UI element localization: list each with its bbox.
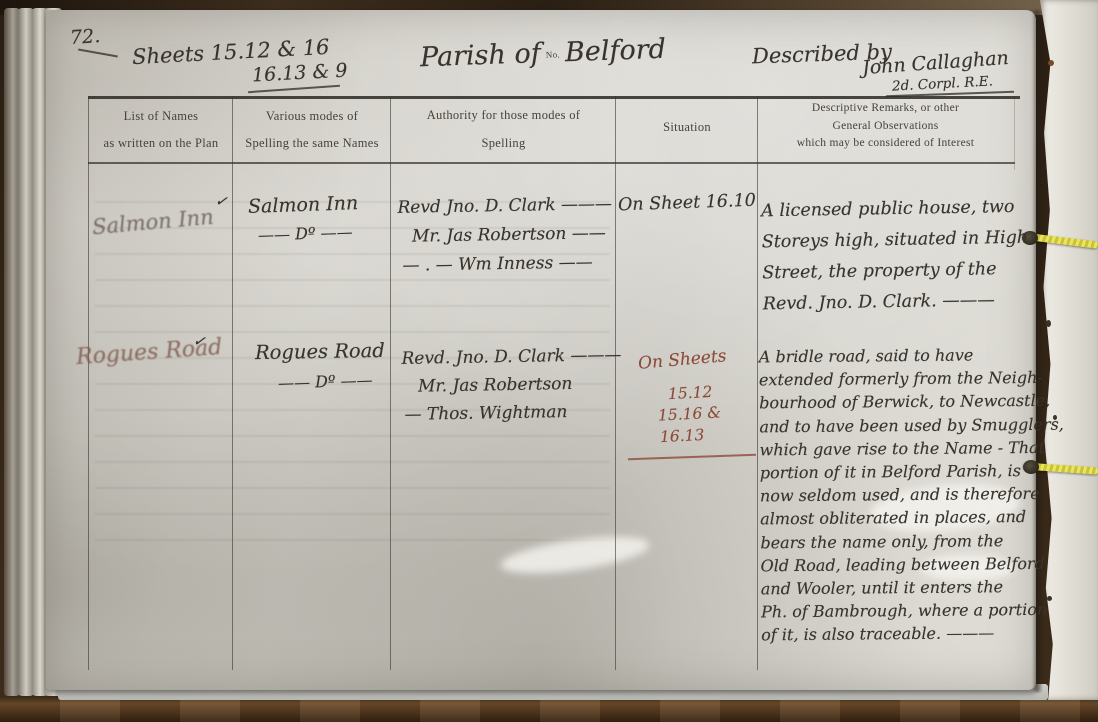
authority-line: Mr. Jas Robertson <box>402 369 622 401</box>
header-bottom-rule <box>88 162 1015 164</box>
authority-line: Revd. Jno. D. Clark ——— <box>401 341 621 373</box>
header-line: Descriptive Remarks, or other <box>759 100 1012 118</box>
authority-entry: Revd. Jno. D. Clark ——— Mr. Jas Robertso… <box>401 341 622 429</box>
remarks-line: Old Road, leading between Belford <box>761 551 1066 577</box>
remarks-line: now seldom used, and is therefore <box>760 482 1065 508</box>
header-line: Spelling the same Names <box>234 130 390 157</box>
column-header-names: List of Names as written on the Plan <box>90 103 232 157</box>
ditto-mark: —— Dº —— <box>258 222 353 244</box>
header-line: Spelling <box>392 129 615 157</box>
wood-frame-bottom <box>0 697 1098 722</box>
authority-line: — . — Wm Inness —— <box>398 248 613 281</box>
column-header-spelling-modes: Various modes of Spelling the same Names <box>234 103 390 157</box>
authority-entry: Revd Jno. D. Clark ——— Mr. Jas Robertson… <box>397 190 613 281</box>
situation-sheet-red: 15.12 <box>668 383 713 403</box>
authority-line: — Thos. Wightman <box>402 397 622 429</box>
table-right-rule <box>1014 96 1015 170</box>
header-line: List of Names <box>90 103 232 130</box>
page-number: 72. <box>69 25 101 49</box>
header-line: Situation <box>617 120 757 135</box>
remarks-line: almost obliterated in places, and <box>760 505 1065 531</box>
remarks-line: Storeys high, situated in High <box>761 223 1028 259</box>
authority-line: Revd Jno. D. Clark ——— <box>397 190 612 223</box>
authority-line: Mr. Jas Robertson —— <box>398 219 613 252</box>
spelling-entry: Rogues Road <box>255 339 385 364</box>
rust-stain <box>1048 60 1054 66</box>
remarks-line: Revd. Jno. D. Clark. ——— <box>763 285 1030 321</box>
table-top-rule <box>88 96 1020 99</box>
remarks-entry: A bridle road, said to have extended for… <box>759 343 1066 647</box>
header-line: General Observations <box>759 118 1012 136</box>
paper-speck <box>1046 320 1051 327</box>
header-line: as written on the Plan <box>90 130 232 157</box>
header-line: Authority for those modes of <box>392 101 615 129</box>
checkmark: ✓ <box>192 331 207 351</box>
remarks-line: and to have been used by Smugglers, <box>759 412 1064 438</box>
checkmark: ✓ <box>214 191 229 211</box>
remarks-line: bourhood of Berwick, to Newcastle, <box>759 389 1064 415</box>
photographed-register-page: 72. Sheets 15.12 & 16 16.13 & 9 Parish o… <box>0 0 1098 722</box>
remarks-line: A licensed public house, two <box>761 192 1028 228</box>
situation-sheet-red: 15.16 & <box>658 403 722 424</box>
remarks-line: bears the name only, from the <box>760 528 1065 554</box>
column-header-authority: Authority for those modes of Spelling <box>392 101 615 157</box>
situation-sheet-red: 16.13 <box>660 426 705 446</box>
remarks-line: which gave rise to the Name - That <box>759 435 1064 461</box>
remarks-line: portion of it in Belford Parish, is <box>760 459 1065 485</box>
remarks-entry: A licensed public house, two Storeys hig… <box>761 192 1030 321</box>
column-header-remarks: Descriptive Remarks, or other General Ob… <box>759 100 1012 153</box>
table-left-rule <box>88 96 89 670</box>
remarks-line: of it, is also traceable. ——— <box>761 621 1066 647</box>
remarks-line: and Wooler, until it enters the <box>761 575 1066 601</box>
remarks-line: Ph. of Bambrough, where a portion <box>761 598 1066 624</box>
column-header-situation: Situation <box>617 120 757 135</box>
column-rule-1 <box>232 96 233 670</box>
remarks-line: Street, the property of the <box>762 254 1029 290</box>
remarks-line: extended formerly from the Neigh- <box>759 366 1064 392</box>
spelling-entry: Salmon Inn <box>248 192 359 218</box>
header-line: which may be considered of Interest <box>759 135 1012 153</box>
header-line: Various modes of <box>234 103 390 130</box>
parish-name-script: Belford <box>564 34 666 69</box>
column-rule-2 <box>390 96 391 670</box>
parish-title-script: Parish of <box>420 38 542 73</box>
parish-no-printed: No. <box>546 49 560 59</box>
ditto-mark: —— Dº —— <box>278 370 373 392</box>
remarks-line: A bridle road, said to have <box>759 343 1064 369</box>
